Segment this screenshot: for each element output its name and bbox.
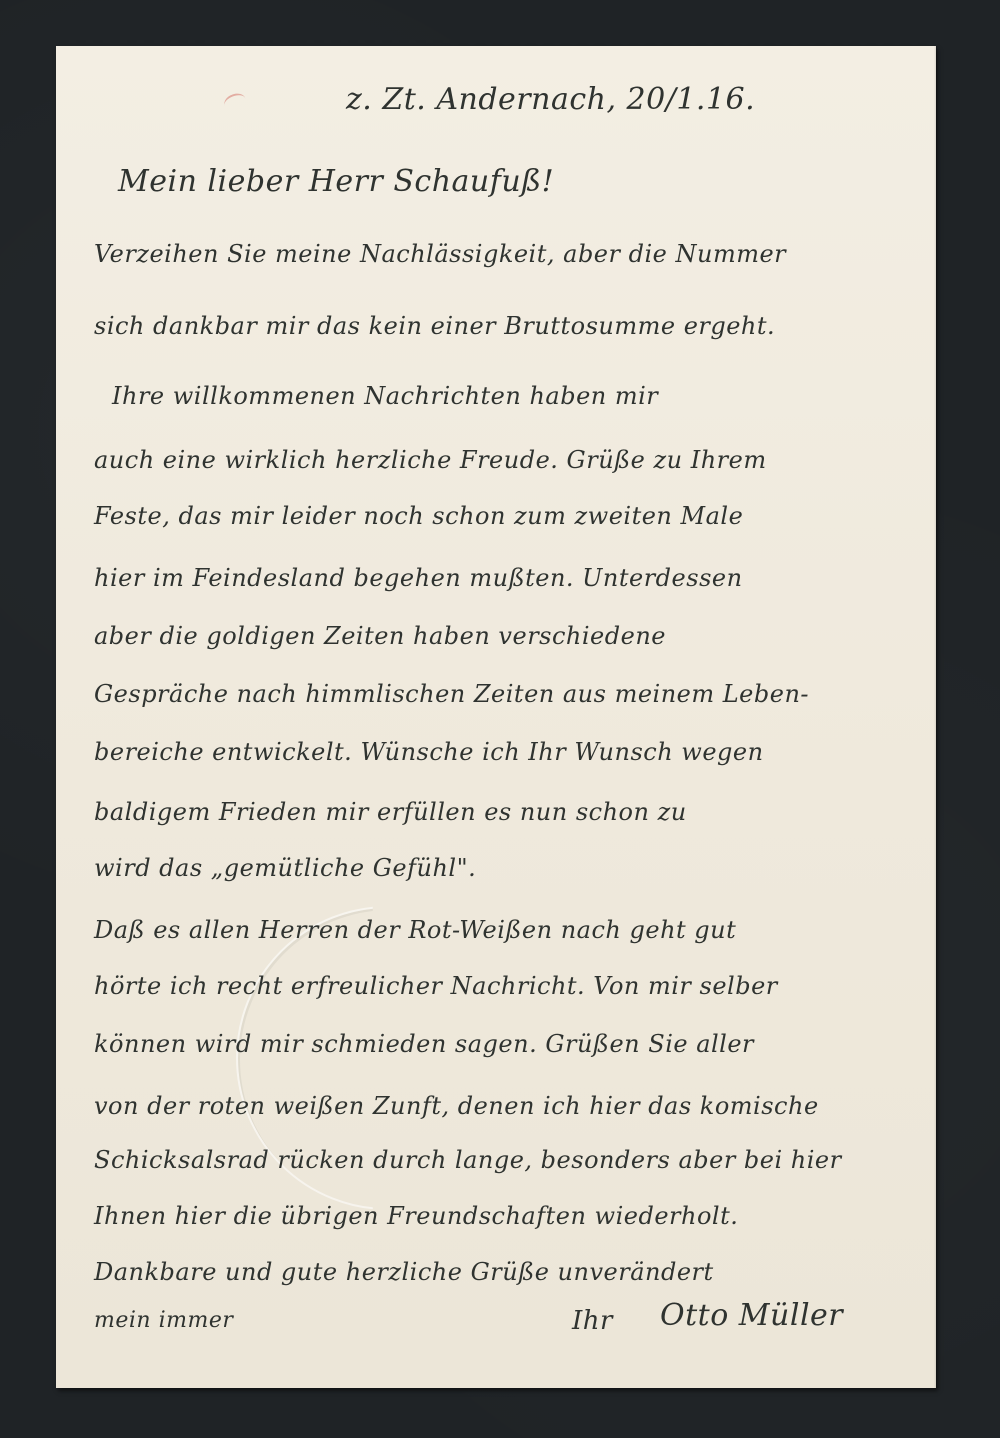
body-line: Ihre willkommenen Nachrichten haben mir	[112, 382, 658, 410]
body-line: Verzeihen Sie meine Nachlässigkeit, aber…	[94, 240, 786, 268]
body-line: Daß es allen Herren der Rot-Weißen nach …	[94, 916, 736, 944]
body-line: hörte ich recht erfreulicher Nachricht. …	[94, 972, 778, 1000]
body-line: Schicksalsrad rücken durch lange, besond…	[94, 1146, 842, 1174]
body-line: Ihnen hier die übrigen Freundschaften wi…	[94, 1202, 738, 1230]
body-line: Gespräche nach himmlischen Zeiten aus me…	[94, 680, 809, 708]
closing: mein immer	[94, 1308, 233, 1333]
place-date-header: z. Zt. Andernach, 20/1.16.	[346, 82, 755, 117]
postcard: z. Zt. Andernach, 20/1.16. Mein lieber H…	[56, 46, 936, 1388]
signature-prefix: Ihr	[572, 1306, 613, 1336]
body-line: von der roten weißen Zunft, denen ich hi…	[94, 1092, 819, 1120]
body-line: Dankbare und gute herzliche Grüße unverä…	[94, 1258, 714, 1286]
signature: Otto Müller	[660, 1298, 843, 1333]
card-right-edge	[934, 46, 937, 1388]
body-line: hier im Feindesland begehen mußten. Unte…	[94, 564, 743, 592]
body-line: Feste, das mir leider noch schon zum zwe…	[94, 502, 743, 530]
body-line: sich dankbar mir das kein einer Bruttosu…	[94, 312, 775, 340]
salutation: Mein lieber Herr Schaufuß!	[118, 164, 554, 199]
red-pencil-mark	[222, 91, 248, 114]
body-line: baldigem Frieden mir erfüllen es nun sch…	[94, 798, 687, 826]
perforated-top-edge	[56, 40, 936, 52]
body-line: wird das „gemütliche Gefühl".	[94, 854, 476, 882]
body-line: auch eine wirklich herzliche Freude. Grü…	[94, 446, 767, 474]
body-line: bereiche entwickelt. Wünsche ich Ihr Wun…	[94, 738, 764, 766]
body-line: können wird mir schmieden sagen. Grüßen …	[94, 1030, 754, 1058]
body-line: aber die goldigen Zeiten haben verschied…	[94, 622, 666, 650]
